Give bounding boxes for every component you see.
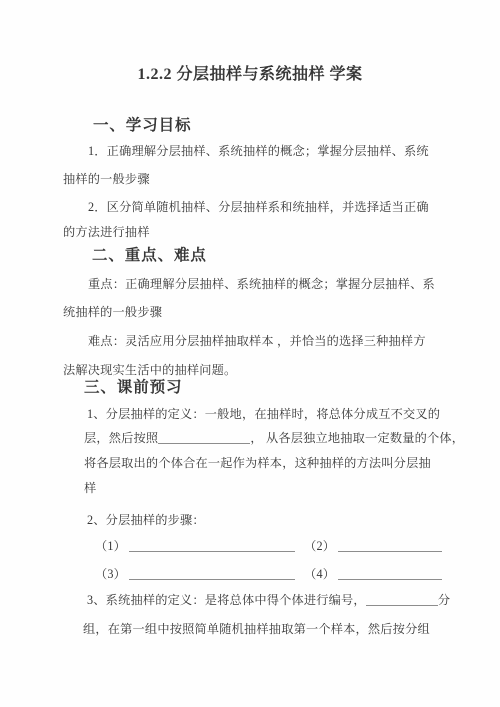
preview-item1-line-1: 1、分层抽样的定义：一般地，在抽样时，将总体分成互不交叉的 (87, 406, 440, 422)
key-points-line-3: 难点：灵活应用分层抽样抽取样本 ，并恰当的选择三种抽样方 (88, 333, 426, 349)
key-points-line-1: 重点：正确理解分层抽样、系统抽样的概念；掌握分层抽样、系 (88, 276, 435, 292)
fill-in-blank (129, 539, 295, 552)
key-points-line-2: 统抽样的一般步骤 (63, 304, 162, 320)
step-label-3: （3） (95, 566, 126, 582)
fill-in-blank (338, 567, 442, 580)
preview-item1-line-2-suffix: ， 从各层独立地抽取一定数量的个体， (250, 431, 464, 445)
fill-in-blank (366, 593, 438, 606)
fill-in-blank (129, 567, 295, 580)
fill-in-blank (338, 539, 442, 552)
document-page: 1.2.2 分层抽样与系统抽样 学案 一、学习目标 1．正确理解分层抽样、系统抽… (0, 0, 500, 707)
step-label-2: （2） (304, 538, 335, 554)
preview-item3-line-1-prefix: 3、系统抽样的定义：是将总体中得个体进行编号， (87, 593, 366, 607)
preview-item2-label: 2、分层抽样的步骤： (87, 512, 205, 528)
preview-item1-line-2-prefix: 层，然后按照 (84, 431, 158, 445)
section-heading-preview: 三、课前预习 (84, 379, 182, 396)
preview-item3-line-2: 组，在第一组中按照简单随机抽样抽取第一个样本，然后按分组 (83, 621, 430, 637)
key-points-line-4: 法解决现实生活中的抽样问题。 (63, 362, 236, 378)
preview-item1-line-2: 层，然后按照， 从各层独立地抽取一定数量的个体， (84, 430, 464, 446)
learning-goals-line-4: 的方法进行抽样 (63, 224, 150, 240)
section-heading-learning-goals: 一、学习目标 (93, 117, 191, 134)
learning-goals-line-3: 2．区分简单随机抽样、分层抽样系和统抽样，并选择适当正确 (88, 199, 429, 215)
preview-item3-line-1: 3、系统抽样的定义：是将总体中得个体进行编号，分 (87, 592, 450, 608)
step-label-4: （4） (304, 566, 335, 582)
preview-item3-line-1-suffix: 分 (438, 593, 450, 607)
learning-goals-line-2: 抽样的一般步骤 (63, 171, 150, 187)
steps-row-2: （3）（4） (95, 566, 442, 582)
learning-goals-line-1: 1．正确理解分层抽样、系统抽样的概念；掌握分层抽样、系统 (88, 143, 429, 159)
preview-item1-line-3: 将各层取出的个体合在一起作为样本，这种抽样的方法叫分层抽 (84, 455, 431, 471)
section-heading-key-points: 二、重点、难点 (92, 247, 207, 264)
step-label-1: （1） (95, 538, 126, 554)
steps-row-1: （1）（2） (95, 538, 442, 554)
preview-item1-line-4: 样 (84, 480, 96, 496)
document-title: 1.2.2 分层抽样与系统抽样 学案 (0, 61, 500, 84)
fill-in-blank (158, 431, 250, 444)
